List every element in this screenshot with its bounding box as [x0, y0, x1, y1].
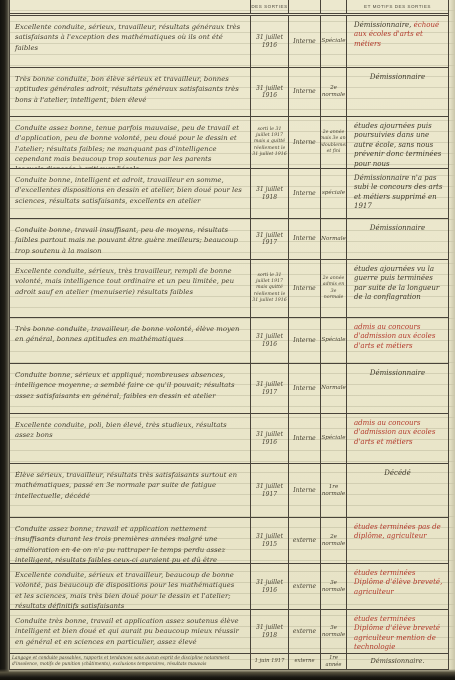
regime-cell: Interne [288, 68, 320, 116]
regime-cell: Interne [288, 16, 320, 67]
scan-bottom-edge [0, 669, 455, 680]
observations-cell: Conduite bonne, sérieux et appliqué, nom… [10, 364, 250, 413]
register-row: Conduite assez bonne, travail et applica… [10, 518, 448, 564]
classe-cell: 3e normale [320, 564, 346, 609]
observations-cell: Excellente conduite, poli, bien élevé, t… [10, 414, 250, 463]
classe-cell: 1re année [320, 654, 346, 669]
classe-cell: Spéciale [320, 16, 346, 67]
scanned-register-page: { "header": { "dates_label": "DES SORTIE… [0, 0, 455, 680]
exit-date-cell: sorti le 31 juillet 1917 mais quitté rée… [250, 260, 288, 317]
register-row: Conduite bonne, travail insuffisant, peu… [10, 219, 448, 260]
observations-cell: Très bonne conduite, bon élève sérieux e… [10, 68, 250, 116]
exit-date-cell: 31 juillet 1916 [250, 318, 288, 363]
classe-cell: spéciale [320, 169, 346, 218]
table-header-row: DES SORTIES ET MOTIFS DES SORTIES [10, 0, 448, 14]
register-row: Conduite très bonne, travail et applicat… [10, 610, 448, 654]
motif-red-ink: études terminées Diplôme d'élève breveté… [354, 615, 440, 653]
regime-cell: externe [288, 654, 320, 669]
register-row: Très bonne conduite, travailleur, de bon… [10, 318, 448, 364]
register-row: Langage et conduite passables, rapports … [10, 654, 448, 670]
register-row: Très bonne conduite, bon élève sérieux e… [10, 68, 448, 117]
motif-black-ink: études ajournées puis poursuivies dans u… [354, 122, 441, 168]
header-observations-cell [10, 0, 250, 13]
register-table: DES SORTIES ET MOTIFS DES SORTIES Excell… [9, 0, 449, 670]
motif-cell: Décédé [346, 464, 448, 517]
exit-date-cell: 31 juillet 1917 [250, 219, 288, 259]
motif-cell: études terminées pas de diplôme, agricul… [346, 518, 448, 563]
observations-cell: Conduite assez bonne, travail et applica… [10, 518, 250, 563]
register-row: Conduite assez bonne, tenue parfois mauv… [10, 117, 448, 169]
register-rows: Excellente conduite, sérieux, travailleu… [10, 15, 448, 670]
classe-cell: Spéciale [320, 414, 346, 463]
motif-cell: Démissionnaire. [346, 654, 448, 669]
observations-cell: Très bonne conduite, travailleur, de bon… [10, 318, 250, 363]
exit-date-cell: 31 juillet 1918 [250, 610, 288, 653]
header-regime-cell [288, 0, 320, 13]
motif-black-ink: Décédé [384, 469, 410, 477]
observations-cell: Excellente conduite, sérieux, travailleu… [10, 16, 250, 67]
classe-cell: 2e année mais 3e an. redoublement et fin… [320, 117, 346, 168]
register-row: Excellente conduite, poli, bien élevé, t… [10, 414, 448, 464]
motif-red-ink: études terminées Diplôme d'élève breveté… [354, 569, 442, 596]
motif-red-ink: études terminées pas de diplôme, agricul… [354, 523, 441, 540]
regime-cell: Interne [288, 219, 320, 259]
exit-date-cell: 31 juillet 1916 [250, 414, 288, 463]
exit-date-cell: 31 juillet 1918 [250, 169, 288, 218]
page-right-edge [449, 0, 455, 673]
motif-black-ink: études ajournées vu la guerre puis termi… [354, 265, 439, 301]
motif-black-ink: Démissionnaire [370, 224, 425, 232]
motif-cell: Démissionnaire [346, 364, 448, 413]
motif-cell: Démissionnaire, échoué aux écoles d'arts… [346, 16, 448, 67]
regime-cell: Interne [288, 414, 320, 463]
header-motifs-cell: ET MOTIFS DES SORTIES [346, 0, 448, 13]
regime-cell: Interne [288, 364, 320, 413]
register-row: Excellente conduite, sérieux et travaill… [10, 564, 448, 610]
classe-cell: Normale [320, 364, 346, 413]
regime-cell: Interne [288, 260, 320, 317]
regime-cell: Interne [288, 318, 320, 363]
observations-cell: Excellente conduite, sérieux et travaill… [10, 564, 250, 609]
exit-date-cell: 31 juillet 1916 [250, 564, 288, 609]
observations-cell: Conduite assez bonne, tenue parfois mauv… [10, 117, 250, 168]
motif-cell: études terminées Diplôme d'élève breveté… [346, 610, 448, 653]
motif-red-ink: admis au concours d'admission aux écoles… [354, 323, 435, 350]
register-row: Conduite bonne, intelligent et adroit, t… [10, 169, 448, 219]
exit-date-cell: 31 juillet 1917 [250, 464, 288, 517]
regime-cell: externe [288, 610, 320, 653]
exit-date-cell: 31 juillet 1916 [250, 16, 288, 67]
exit-date-cell: 1 juin 1917 [250, 654, 288, 669]
motif-cell: études ajournées vu la guerre puis termi… [346, 260, 448, 317]
exit-date-cell: 31 juillet 1916 [250, 68, 288, 116]
observations-cell: Conduite très bonne, travail et applicat… [10, 610, 250, 653]
observations-cell: Élève sérieux, travailleur, résultats tr… [10, 464, 250, 517]
register-row: Élève sérieux, travailleur, résultats tr… [10, 464, 448, 518]
classe-cell: 2e normale [320, 68, 346, 116]
observations-cell: Excellente conduite, sérieux, très trava… [10, 260, 250, 317]
motif-black-ink: Démissionnaire. [370, 657, 424, 665]
header-classe-cell [320, 0, 346, 13]
motif-cell: admis au concours d'admission aux écoles… [346, 318, 448, 363]
header-dates-cell: DES SORTIES [250, 0, 288, 13]
register-row: Excellente conduite, sérieux, travailleu… [10, 16, 448, 68]
regime-cell: externe [288, 564, 320, 609]
motif-cell: Démissionnaire n'a pas subi le concours … [346, 169, 448, 218]
motif-black-ink: Démissionnaire, [354, 21, 411, 29]
motif-red-ink: admis au concours d'admission aux écoles… [354, 419, 435, 446]
motif-black-ink: Démissionnaire n'a pas subi le concours … [354, 174, 442, 210]
motif-cell: études ajournées puis poursuivies dans u… [346, 117, 448, 168]
exit-date-cell: 31 juillet 1917 [250, 364, 288, 413]
observations-cell: Conduite bonne, travail insuffisant, peu… [10, 219, 250, 259]
motif-cell: Démissionnaire [346, 219, 448, 259]
motif-cell: admis au concours d'admission aux écoles… [346, 414, 448, 463]
register-row: Excellente conduite, sérieux, très trava… [10, 260, 448, 318]
motif-black-ink: Démissionnaire [370, 73, 425, 81]
classe-cell: Normale [320, 219, 346, 259]
register-row: Conduite bonne, sérieux et appliqué, nom… [10, 364, 448, 414]
classe-cell: 2e année admis en 3e normale [320, 260, 346, 317]
regime-cell: Interne [288, 117, 320, 168]
classe-cell: 1re normale [320, 464, 346, 517]
regime-cell: Interne [288, 169, 320, 218]
observations-cell: Conduite bonne, intelligent et adroit, t… [10, 169, 250, 218]
motif-black-ink: Démissionnaire [370, 369, 425, 377]
motif-cell: Démissionnaire [346, 68, 448, 116]
classe-cell: Spéciale [320, 318, 346, 363]
scan-left-edge [0, 0, 9, 680]
regime-cell: externe [288, 518, 320, 563]
classe-cell: 2e normale [320, 518, 346, 563]
observations-cell: Langage et conduite passables, rapports … [10, 654, 250, 669]
regime-cell: Interne [288, 464, 320, 517]
exit-date-cell: sorti le 31 juillet 1917 mais a quitté r… [250, 117, 288, 168]
motif-cell: études terminées Diplôme d'élève breveté… [346, 564, 448, 609]
exit-date-cell: 31 juillet 1915 [250, 518, 288, 563]
classe-cell: 3e normale [320, 610, 346, 653]
